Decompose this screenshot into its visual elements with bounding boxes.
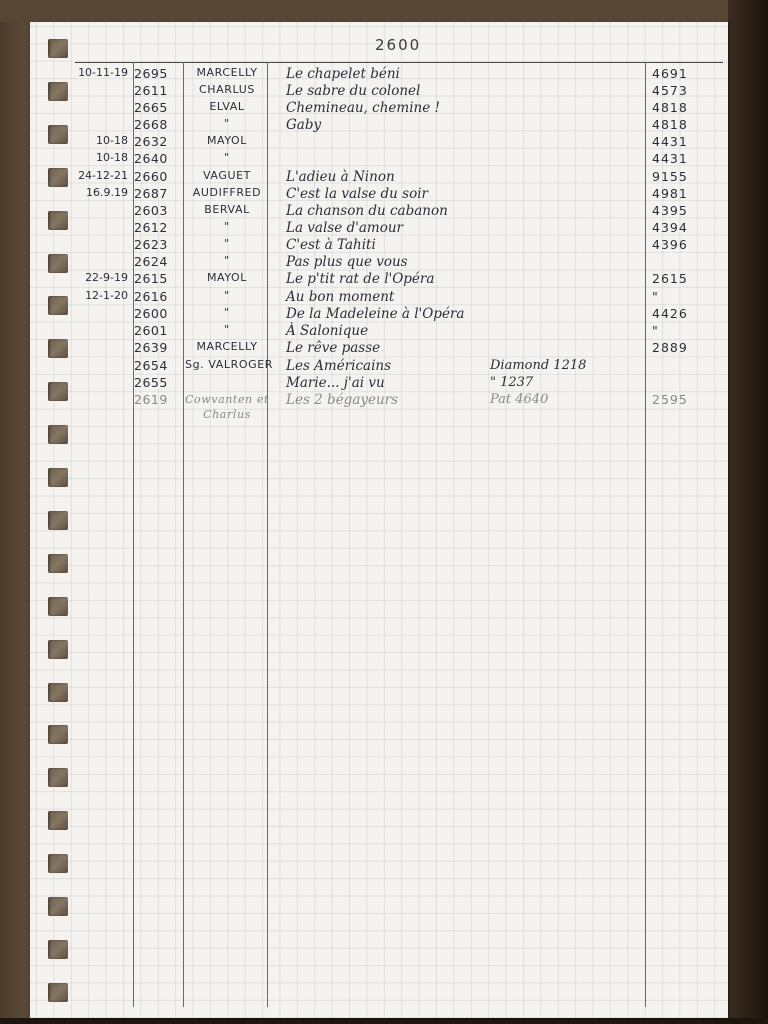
binding-hole bbox=[48, 811, 68, 830]
binding-hole bbox=[48, 725, 68, 744]
ledger-row: 2611CHARLUSLe sabre du colonel4573 bbox=[30, 83, 728, 101]
binding-hole bbox=[48, 511, 68, 530]
ledger-row: 12-1-202616"Au bon moment" bbox=[30, 289, 728, 307]
entry-artist: CHARLUS bbox=[185, 83, 269, 96]
entry-title: Le sabre du colonel bbox=[286, 83, 420, 99]
entry-reference: 4981 bbox=[652, 186, 688, 201]
binding-hole bbox=[48, 425, 68, 444]
entry-number: 2668 bbox=[134, 117, 168, 132]
entry-number: 2603 bbox=[134, 203, 168, 218]
entry-number: 2687 bbox=[134, 186, 168, 201]
entry-artist: " bbox=[185, 289, 269, 302]
entry-note: Diamond 1218 bbox=[490, 358, 586, 373]
ledger-row: 2603BERVALLa chanson du cabanon4395 bbox=[30, 203, 728, 221]
entry-date: 24-12-21 bbox=[74, 169, 128, 182]
entry-reference: 4573 bbox=[652, 83, 688, 98]
entry-date: 10-18 bbox=[74, 151, 128, 164]
header-rule bbox=[75, 62, 723, 63]
entry-reference: 4818 bbox=[652, 117, 688, 132]
entry-artist: MAYOL bbox=[185, 134, 269, 147]
entry-date: 10-18 bbox=[74, 134, 128, 147]
entry-reference: 4396 bbox=[652, 237, 688, 252]
entry-title: Au bon moment bbox=[286, 289, 394, 305]
ledger-row: 2665ELVALChemineau, chemine !4818 bbox=[30, 100, 728, 118]
entry-artist: " bbox=[185, 151, 269, 164]
entry-reference: 9155 bbox=[652, 169, 688, 184]
entry-reference: 2615 bbox=[652, 271, 688, 286]
entry-artist: VAGUET bbox=[185, 169, 269, 182]
binding-hole bbox=[48, 382, 68, 401]
entry-number: 2600 bbox=[134, 306, 168, 321]
entry-number: 2612 bbox=[134, 220, 168, 235]
entry-artist: MARCELLY bbox=[185, 340, 269, 353]
binding-hole bbox=[48, 296, 68, 315]
entry-artist: " bbox=[185, 237, 269, 250]
entry-reference: " bbox=[652, 289, 659, 304]
binding-hole bbox=[48, 940, 68, 959]
entry-title: Les 2 bégayeurs bbox=[286, 392, 398, 408]
entry-number: 2695 bbox=[134, 66, 168, 81]
ledger-row: 2600"De la Madeleine à l'Opéra4426 bbox=[30, 306, 728, 324]
ledger-row: 2624"Pas plus que vous bbox=[30, 254, 728, 272]
entry-number: 2601 bbox=[134, 323, 168, 338]
binding-hole bbox=[48, 983, 68, 1002]
entry-reference: 2889 bbox=[652, 340, 688, 355]
entry-reference: 4394 bbox=[652, 220, 688, 235]
entry-reference: 4431 bbox=[652, 134, 688, 149]
entry-artist: ELVAL bbox=[185, 100, 269, 113]
binding-hole bbox=[48, 82, 68, 101]
entry-number: 2665 bbox=[134, 100, 168, 115]
entry-number: 2640 bbox=[134, 151, 168, 166]
entry-title: C'est la valse du soir bbox=[286, 186, 428, 202]
entry-artist: Cowvanten et Charlus bbox=[185, 392, 269, 422]
binding-hole bbox=[48, 554, 68, 573]
binding-hole bbox=[48, 125, 68, 144]
entry-date: 16.9.19 bbox=[74, 186, 128, 199]
ledger-row: 2623"C'est à Tahiti4396 bbox=[30, 237, 728, 255]
entry-title: Le chapelet béni bbox=[286, 66, 400, 82]
entry-title: Chemineau, chemine ! bbox=[286, 100, 440, 116]
entry-artist: MARCELLY bbox=[185, 66, 269, 79]
entry-title: Le p'tit rat de l'Opéra bbox=[286, 271, 434, 287]
entry-title: De la Madeleine à l'Opéra bbox=[286, 306, 464, 322]
entry-number: 2615 bbox=[134, 271, 168, 286]
ledger-row: 2612"La valse d'amour4394 bbox=[30, 220, 728, 238]
ledger-row: 2668"Gaby4818 bbox=[30, 117, 728, 135]
entry-artist: Sg. VALROGER bbox=[185, 358, 269, 371]
entry-reference: " bbox=[652, 323, 659, 338]
entry-artist: MAYOL bbox=[185, 271, 269, 284]
entry-artist: " bbox=[185, 117, 269, 130]
entry-title: La chanson du cabanon bbox=[286, 203, 448, 219]
entry-reference: 4691 bbox=[652, 66, 688, 81]
entry-reference: 4395 bbox=[652, 203, 688, 218]
entry-number: 2624 bbox=[134, 254, 168, 269]
entry-title: La valse d'amour bbox=[286, 220, 403, 236]
entry-number: 2654 bbox=[134, 358, 168, 373]
desk-surface-top bbox=[0, 0, 768, 22]
binding-hole bbox=[48, 597, 68, 616]
binding-hole bbox=[48, 468, 68, 487]
entry-artist: " bbox=[185, 220, 269, 233]
entry-date: 22-9-19 bbox=[74, 271, 128, 284]
page-number: 2600 bbox=[375, 36, 421, 54]
binding-hole bbox=[48, 640, 68, 659]
entry-title: Les Américains bbox=[286, 358, 391, 374]
binding-hole bbox=[48, 168, 68, 187]
ledger-row: 2639MARCELLYLe rêve passe2889 bbox=[30, 340, 728, 358]
binding-hole bbox=[48, 683, 68, 702]
entry-title: L'adieu à Ninon bbox=[286, 169, 395, 185]
ledger-row: 24-12-212660VAGUETL'adieu à Ninon9155 bbox=[30, 169, 728, 187]
entry-reference: 4426 bbox=[652, 306, 688, 321]
ledger-page: 2600 10-11-192695MARCELLYLe chapelet bén… bbox=[30, 22, 728, 1018]
binding-hole bbox=[48, 854, 68, 873]
entry-number: 2632 bbox=[134, 134, 168, 149]
ledger-row: 2619Cowvanten et CharlusLes 2 bégayeursP… bbox=[30, 392, 728, 410]
binding-hole bbox=[48, 339, 68, 358]
ledger-row: 2654Sg. VALROGERLes AméricainsDiamond 12… bbox=[30, 358, 728, 376]
entry-title: À Salonique bbox=[286, 323, 368, 339]
entry-artist: " bbox=[185, 323, 269, 336]
binding-hole bbox=[48, 897, 68, 916]
binding-hole bbox=[48, 211, 68, 230]
entry-title: Pas plus que vous bbox=[286, 254, 408, 270]
ledger-row: 22-9-192615MAYOLLe p'tit rat de l'Opéra2… bbox=[30, 271, 728, 289]
binding-hole bbox=[48, 254, 68, 273]
ledger-row: 10-182632MAYOL4431 bbox=[30, 134, 728, 152]
entry-note: Pat 4640 bbox=[490, 392, 548, 407]
entry-artist: " bbox=[185, 306, 269, 319]
entry-reference: 2595 bbox=[652, 392, 688, 407]
entry-title: Gaby bbox=[286, 117, 321, 133]
entry-title: Marie... j'ai vu bbox=[286, 375, 385, 391]
entry-artist: BERVAL bbox=[185, 203, 269, 216]
entry-artist: AUDIFFRED bbox=[185, 186, 269, 199]
entry-number: 2655 bbox=[134, 375, 168, 390]
entry-title: C'est à Tahiti bbox=[286, 237, 376, 253]
ledger-row: 2655Marie... j'ai vu" 1237 bbox=[30, 375, 728, 393]
entry-number: 2611 bbox=[134, 83, 168, 98]
entry-reference: 4431 bbox=[652, 151, 688, 166]
entry-note: " 1237 bbox=[490, 375, 533, 390]
desk-surface-right bbox=[728, 0, 768, 1024]
desk-surface-bottom bbox=[0, 1018, 768, 1024]
entry-number: 2616 bbox=[134, 289, 168, 304]
ledger-row: 16.9.192687AUDIFFREDC'est la valse du so… bbox=[30, 186, 728, 204]
entry-number: 2619 bbox=[134, 392, 168, 407]
entry-date: 10-11-19 bbox=[74, 66, 128, 79]
binding-hole bbox=[48, 768, 68, 787]
ledger-row: 10-11-192695MARCELLYLe chapelet béni4691 bbox=[30, 66, 728, 84]
ledger-row: 2601"À Salonique" bbox=[30, 323, 728, 341]
entry-title: Le rêve passe bbox=[286, 340, 380, 356]
entry-number: 2660 bbox=[134, 169, 168, 184]
entry-number: 2639 bbox=[134, 340, 168, 355]
binding-hole bbox=[48, 39, 68, 58]
ledger-row: 10-182640"4431 bbox=[30, 151, 728, 169]
entry-number: 2623 bbox=[134, 237, 168, 252]
entry-date: 12-1-20 bbox=[74, 289, 128, 302]
entry-artist: " bbox=[185, 254, 269, 267]
entry-reference: 4818 bbox=[652, 100, 688, 115]
